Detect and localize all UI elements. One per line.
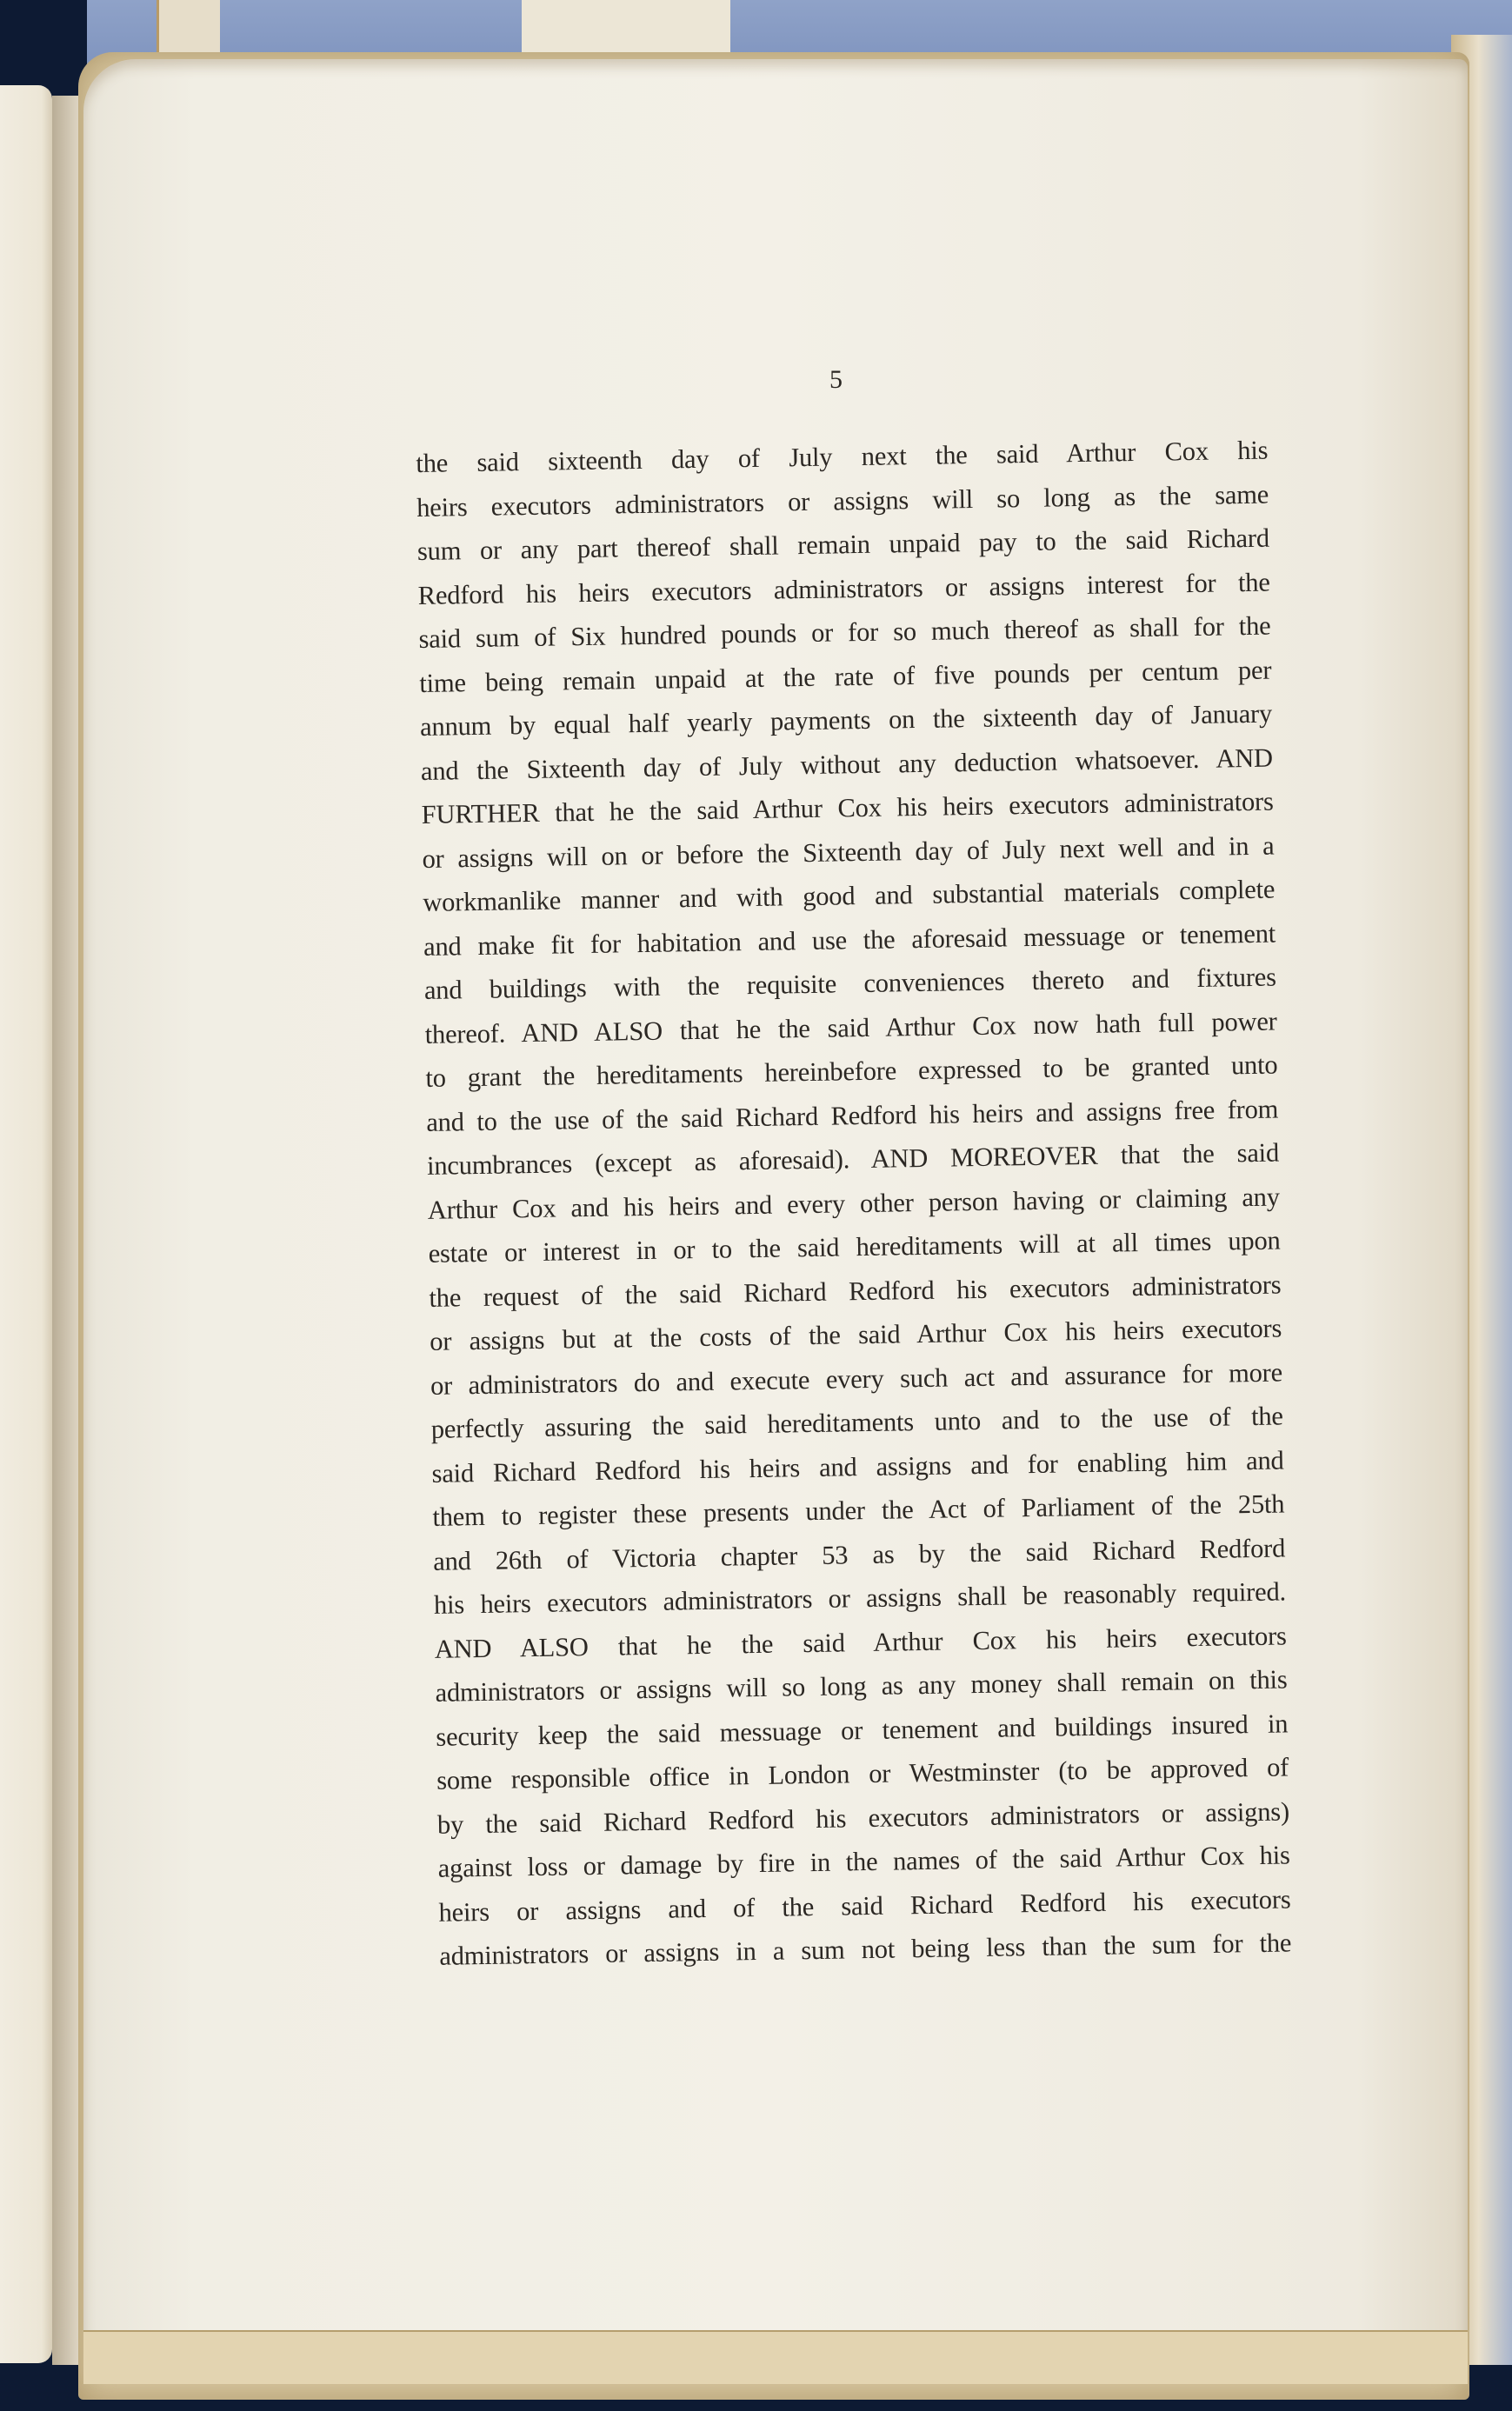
body-text: the said sixteenth day of July next the … [416,429,1292,1979]
page-bottom-fold [83,2330,1468,2384]
page-number: 5 [829,365,843,395]
facing-page-edge [0,85,52,2363]
